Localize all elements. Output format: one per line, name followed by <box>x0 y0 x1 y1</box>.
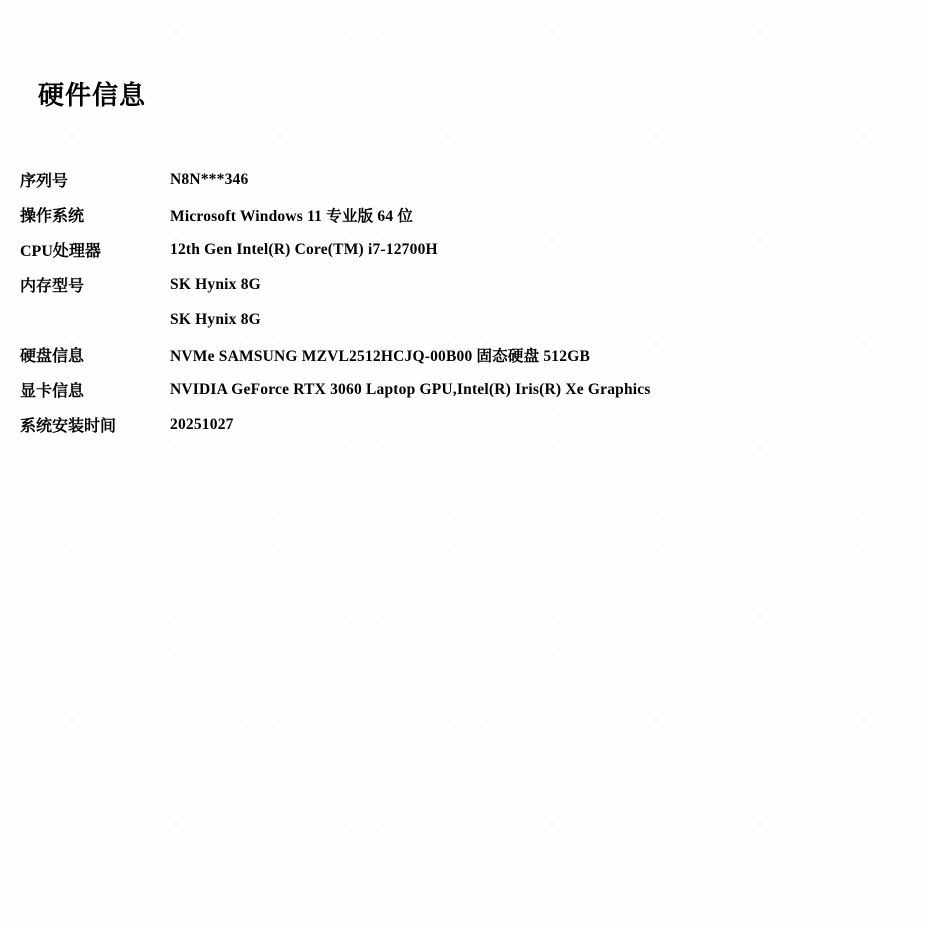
page-title: 硬件信息 <box>38 83 146 109</box>
hardware-info-table: 序列号 N8N***346 操作系统 Microsoft Windows 11 … <box>20 162 906 442</box>
info-row-value: SK Hynix 8G <box>170 276 261 294</box>
info-row-label: CPU处理器 <box>20 238 170 261</box>
info-row-value: 12th Gen Intel(R) Core(TM) i7-12700H <box>170 241 438 259</box>
info-row: 内存型号 SK Hynix 8G <box>20 267 906 302</box>
info-row-value: NVMe SAMSUNG MZVL2512HCJQ-00B00 固态硬盘 512… <box>170 344 590 366</box>
info-row: 操作系统 Microsoft Windows 11 专业版 64 位 <box>20 197 906 232</box>
info-row-label: 序列号 <box>20 168 170 191</box>
info-row-value: SK Hynix 8G <box>170 311 261 329</box>
info-row: 序列号 N8N***346 <box>20 162 906 197</box>
hardware-info-page: 硬件信息 序列号 N8N***346 操作系统 Microsoft Window… <box>0 0 926 926</box>
info-row: 系统安装时间 20251027 <box>20 407 906 442</box>
info-row-label: 显卡信息 <box>20 378 170 401</box>
info-row-value: 20251027 <box>170 416 234 434</box>
info-row-value: Microsoft Windows 11 专业版 64 位 <box>170 204 413 226</box>
info-row-label: 内存型号 <box>20 273 170 296</box>
info-row: 显卡信息 NVIDIA GeForce RTX 3060 Laptop GPU,… <box>20 372 906 407</box>
info-row: 硬盘信息 NVMe SAMSUNG MZVL2512HCJQ-00B00 固态硬… <box>20 337 906 372</box>
info-row-value: NVIDIA GeForce RTX 3060 Laptop GPU,Intel… <box>170 381 651 399</box>
info-row: CPU处理器 12th Gen Intel(R) Core(TM) i7-127… <box>20 232 906 267</box>
info-row-label: 操作系统 <box>20 203 170 226</box>
info-row-label: 系统安装时间 <box>20 413 170 436</box>
info-row-value: N8N***346 <box>170 171 248 189</box>
info-row: SK Hynix 8G <box>20 302 906 337</box>
info-row-label: 硬盘信息 <box>20 343 170 366</box>
